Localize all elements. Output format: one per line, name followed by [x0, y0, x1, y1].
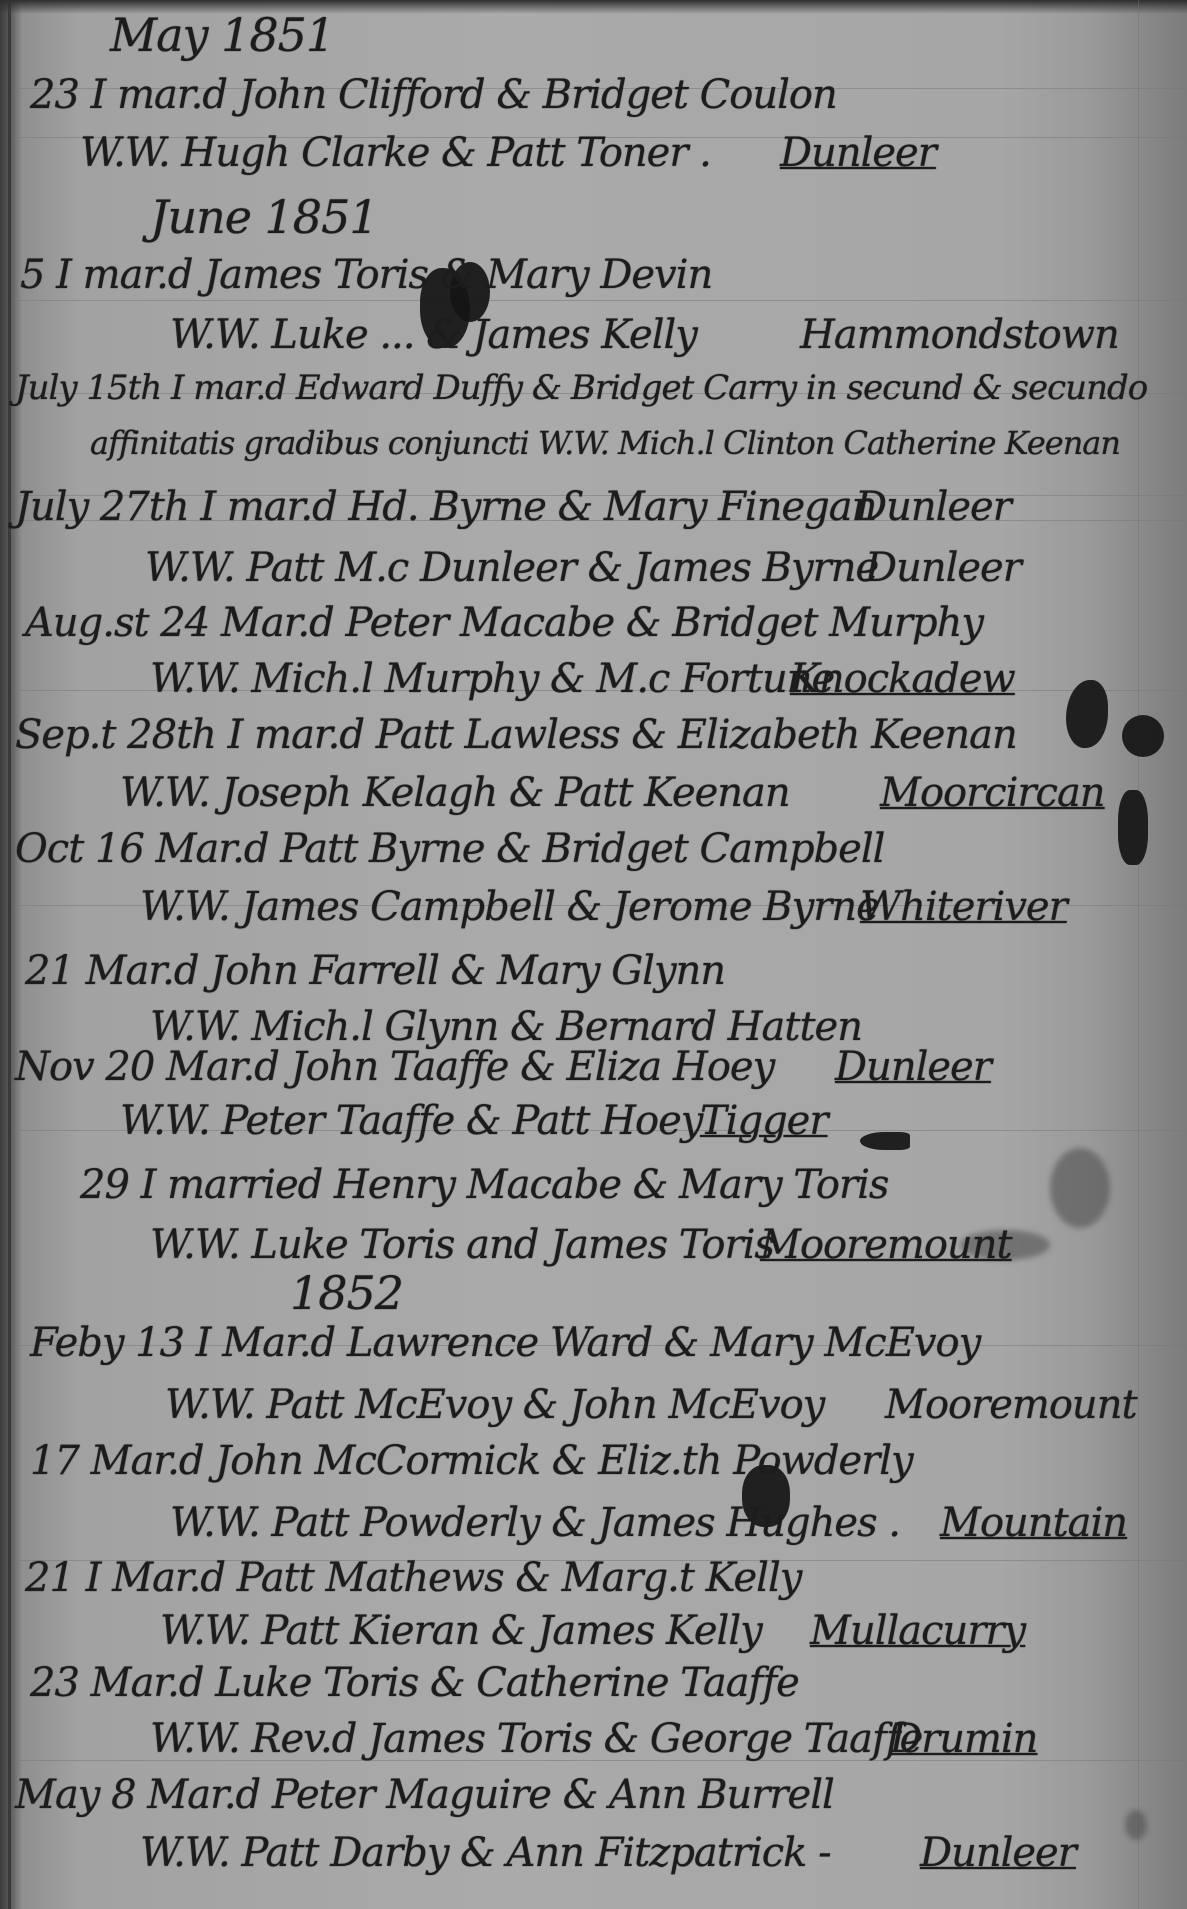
- entry-line: July 27th I mar.d Hd. Byrne & Mary Fineg…: [15, 484, 876, 530]
- ink-smudge: [1050, 1148, 1110, 1228]
- place-name: Hammondstown: [800, 312, 1119, 358]
- witness-line: W.W. Patt McEvoy & John McEvoyMooremount: [165, 1382, 824, 1428]
- ink-smudge: [1125, 1810, 1147, 1840]
- place-name: Mullacurry: [810, 1608, 1025, 1654]
- place-name: Tigger: [700, 1098, 827, 1144]
- witness-line: W.W. Patt Kieran & James KellyMullacurry: [160, 1608, 762, 1654]
- entry-line: Aug.st 24 Mar.d Peter Macabe & Bridget M…: [25, 600, 983, 646]
- entry-line: Sep.t 28th I mar.d Patt Lawless & Elizab…: [15, 712, 1017, 758]
- entry-line: 23 I mar.d John Clifford & Bridget Coulo…: [30, 72, 837, 118]
- entry-line: 5 I mar.d James Toris & Mary Devin: [20, 252, 712, 298]
- ink-blot: [860, 1132, 910, 1150]
- entry-line: Oct 16 Mar.d Patt Byrne & Bridget Campbe…: [15, 826, 884, 872]
- place-name: Mooremount: [885, 1382, 1137, 1428]
- witness-line: W.W. Luke Toris and James TorisMooremoun…: [150, 1222, 774, 1268]
- place-name: Moorcircan: [880, 770, 1105, 816]
- witness-line: W.W. Joseph Kelagh & Patt KeenanMoorcirc…: [120, 770, 790, 816]
- margin-rule: [1138, 0, 1139, 1909]
- witness-line: W.W. Patt Darby & Ann Fitzpatrick -Dunle…: [140, 1830, 831, 1876]
- witness-line: W.W. Mich.l Murphy & M.c FortuneKnockade…: [150, 656, 834, 702]
- ruled-line: [14, 300, 1187, 301]
- witness-line: W.W. Hugh Clarke & Patt Toner .Dunleer: [80, 130, 711, 176]
- ink-blot: [1122, 715, 1164, 757]
- place-name: Dunleer: [865, 545, 1021, 591]
- entry-line: July 15th I mar.d Edward Duffy & Bridget…: [15, 368, 1147, 408]
- entry-line: 21 I Mar.d Patt Mathews & Marg.t Kelly: [25, 1555, 801, 1601]
- place-name: Mountain: [940, 1500, 1127, 1546]
- entry-line: Nov 20 Mar.d John Taaffe & Eliza HoeyDun…: [15, 1044, 774, 1090]
- place-name: Knockadew: [790, 656, 1015, 702]
- place-name: Dunleer: [780, 130, 936, 176]
- ink-blot: [1118, 790, 1148, 865]
- witness-line: W.W. James Campbell & Jerome ByrneWhiter…: [140, 884, 879, 930]
- date-heading-june-1851: June 1851: [150, 190, 378, 244]
- witness-line: W.W. Luke ... & James KellyHammondstown: [170, 312, 697, 358]
- entry-line-continued: affinitatis gradibus conjuncti W.W. Mich…: [90, 424, 1120, 462]
- entry-line: 23 Mar.d Luke Toris & Catherine Taaffe: [30, 1660, 799, 1706]
- place-name: Dunleer: [835, 1044, 991, 1090]
- entry-line: 21 Mar.d John Farrell & Mary Glynn: [25, 948, 725, 994]
- witness-line: W.W. Rev.d James Toris & George TaaffeDr…: [150, 1716, 922, 1762]
- entry-line: Feby 13 I Mar.d Lawrence Ward & Mary McE…: [30, 1320, 980, 1366]
- witness-line: W.W. Peter Taaffe & Patt HoeyTigger: [120, 1098, 702, 1144]
- place-name: Dunleer: [855, 484, 1011, 530]
- register-page: May 1851 23 I mar.d John Clifford & Brid…: [0, 0, 1187, 1909]
- date-heading-1852: 1852: [290, 1266, 403, 1320]
- ink-blot: [1066, 680, 1108, 748]
- place-name: Whiteriver: [860, 884, 1067, 930]
- entry-line: May 8 Mar.d Peter Maguire & Ann Burrell: [15, 1772, 834, 1818]
- binding-edge: [8, 0, 11, 1909]
- witness-line: W.W. Patt Powderly & James Hughes .Mount…: [170, 1500, 900, 1546]
- entry-line: 29 I married Henry Macabe & Mary Toris: [80, 1162, 888, 1208]
- place-name: Dunleer: [920, 1830, 1076, 1876]
- witness-line: W.W. Patt M.c Dunleer & James ByrneDunle…: [145, 545, 878, 591]
- place-name: Drumin: [890, 1716, 1037, 1762]
- date-heading-may-1851: May 1851: [110, 8, 334, 62]
- place-name: Mooremount: [760, 1222, 1012, 1268]
- entry-line: 17 Mar.d John McCormick & Eliz.th Powder…: [30, 1438, 913, 1484]
